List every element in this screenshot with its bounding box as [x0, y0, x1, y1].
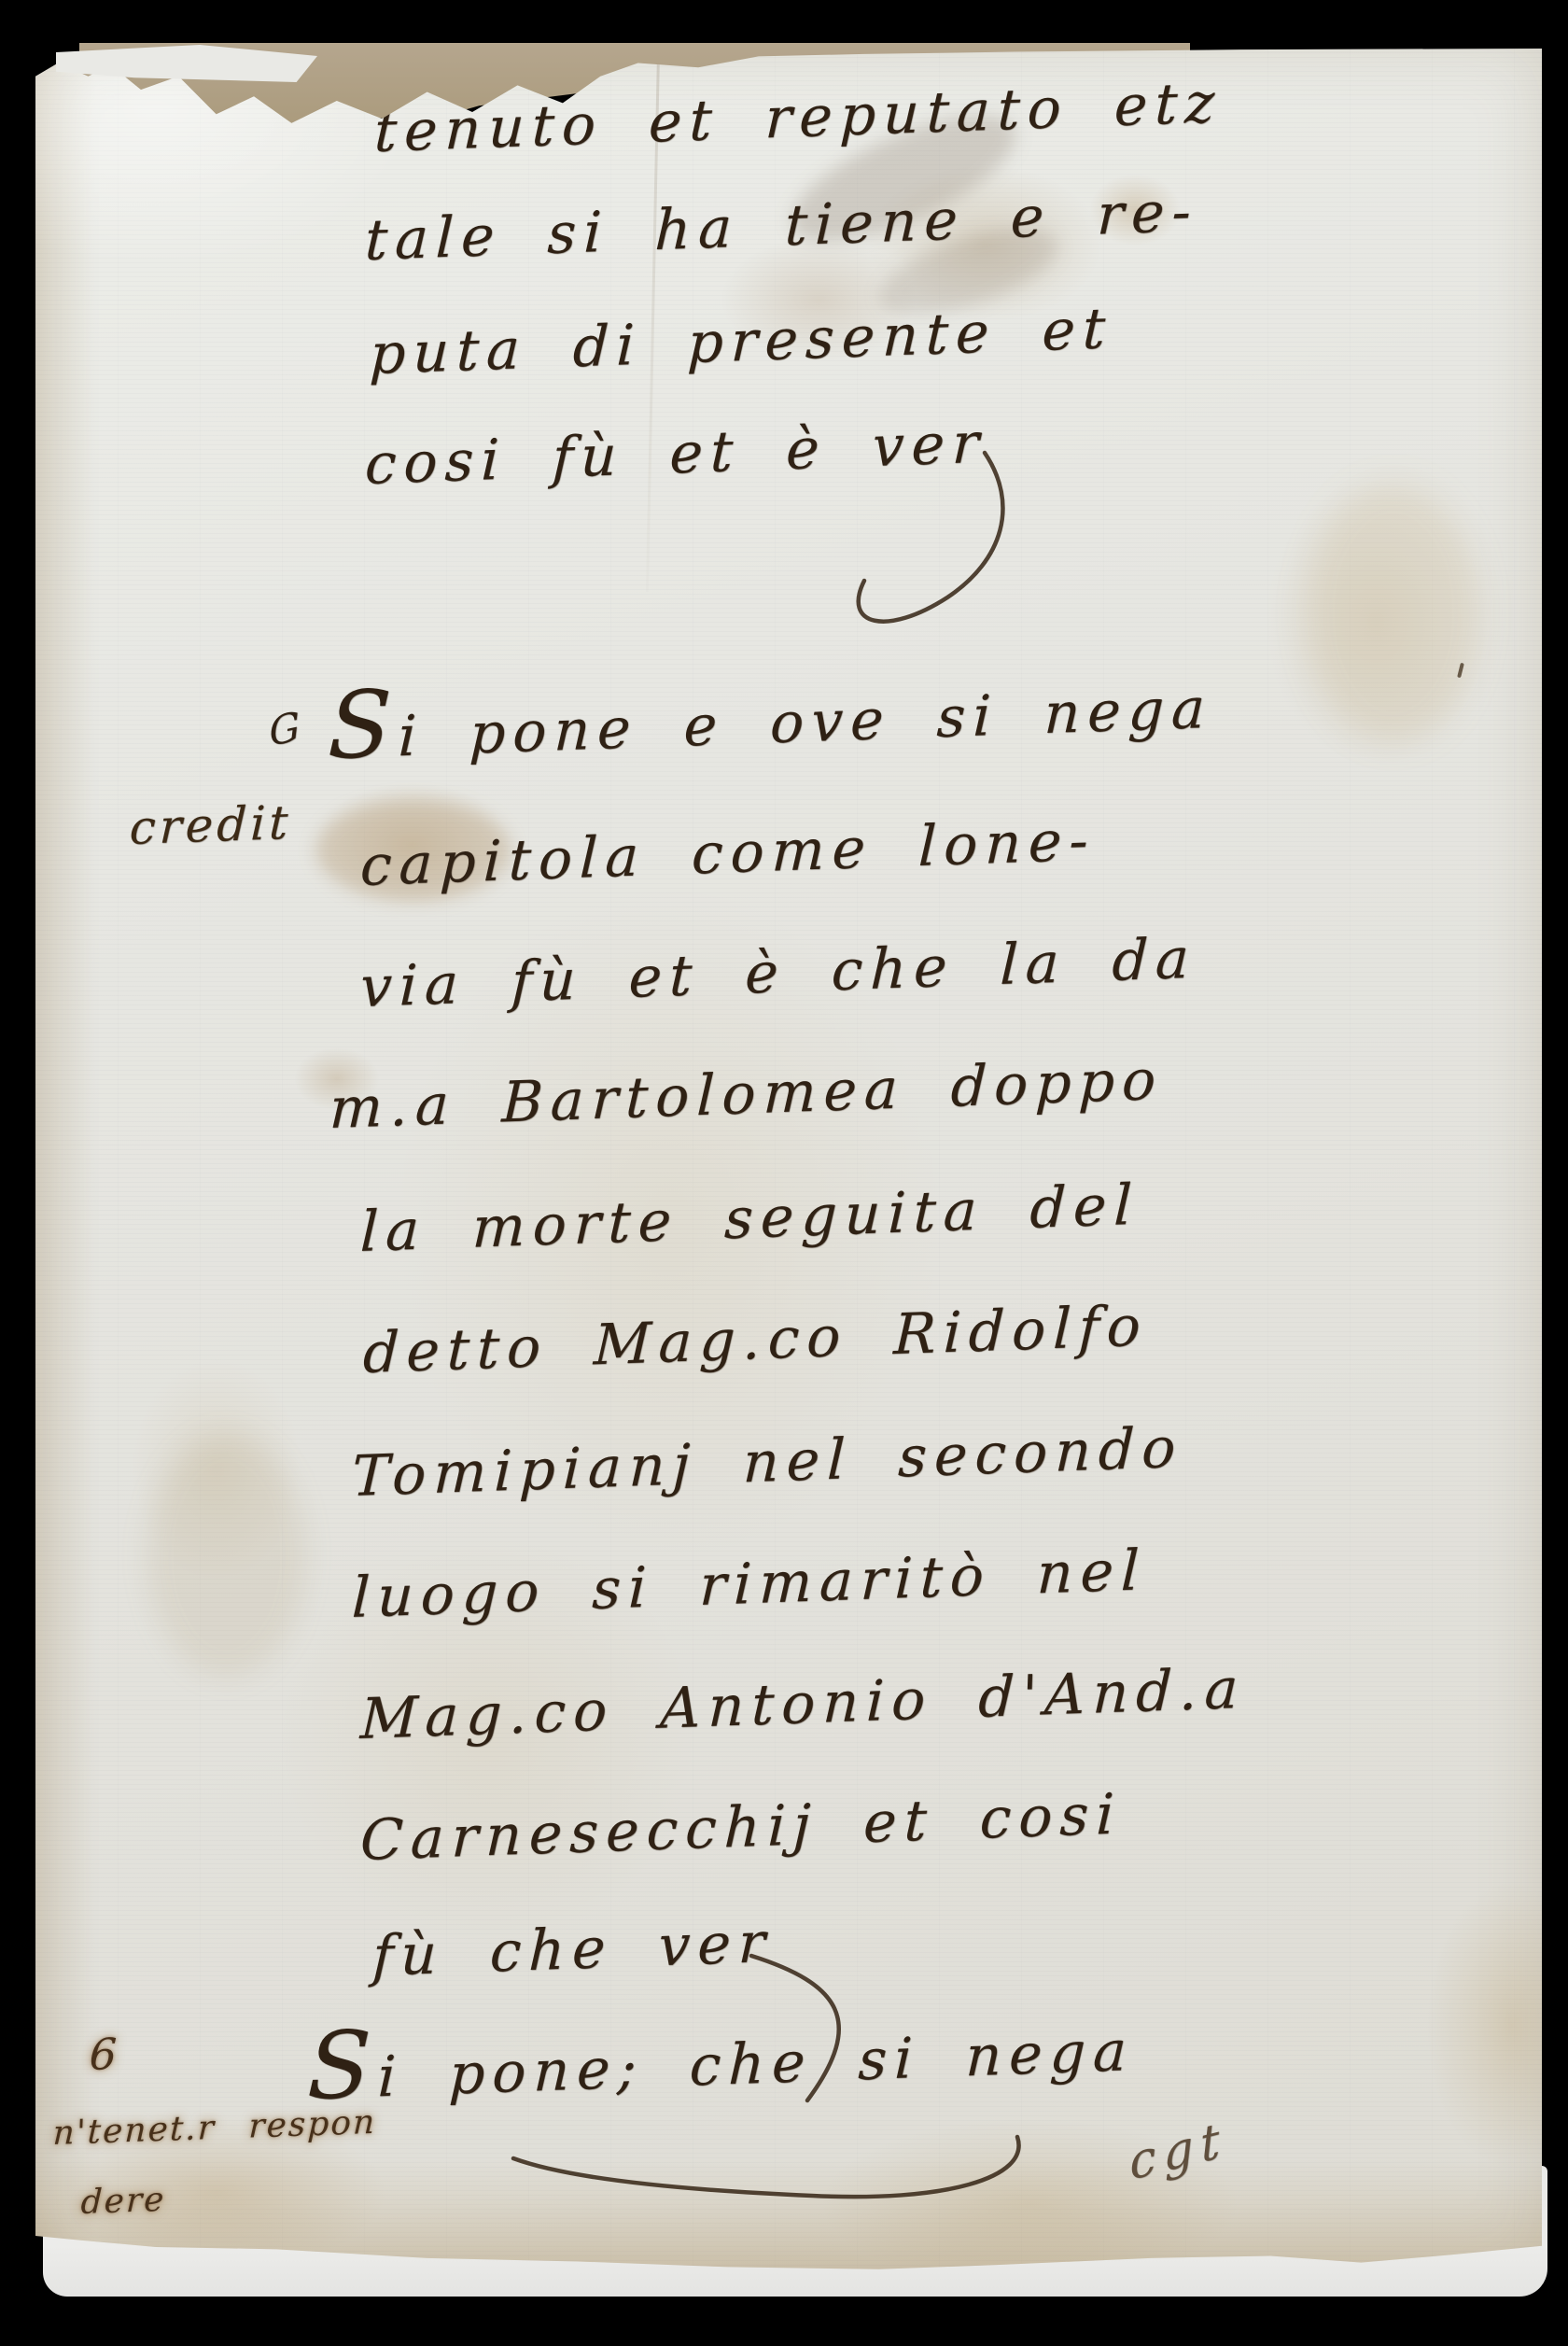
- text-line: Mag.co Antonio d'And.a: [359, 1661, 1246, 1748]
- stain: [1305, 482, 1482, 743]
- text-line: la morte seguita del: [359, 1177, 1141, 1260]
- margin-note-respondere: n'tenet.r respon: [52, 2106, 377, 2151]
- margin-note-respondere: dere: [80, 2184, 166, 2220]
- text-line: luogo si rimaritò nel: [351, 1542, 1147, 1626]
- text-line: detto Mag.co Ridolfo: [362, 1299, 1149, 1382]
- margin-note-credit: credit: [129, 799, 292, 851]
- margin-symbol: 6: [89, 2032, 125, 2076]
- corner-mark: cgt: [1127, 2114, 1228, 2188]
- text-line: fù che ver: [371, 1915, 774, 1985]
- margin-symbol: G: [268, 707, 301, 752]
- manuscript-page: tenuto et reputato etz tale si ha tiene …: [35, 43, 1542, 2270]
- text-line: Si pone e ove si nega: [327, 681, 1213, 767]
- text-line: m.a Bartolomea doppo: [329, 1052, 1164, 1137]
- manuscript-scan: tenuto et reputato etz tale si ha tiene …: [0, 0, 1568, 2346]
- text-line: puta di presente et: [369, 301, 1113, 383]
- text-line: cosi fù et è ver: [364, 415, 987, 493]
- text-line: Carnesecchij et cosi: [359, 1786, 1123, 1869]
- text-line: via fù et è che la da: [359, 931, 1197, 1016]
- text-line: tale si ha tiene e re-: [364, 184, 1199, 269]
- pen-flourish: [495, 2114, 1036, 2216]
- stain: [147, 1434, 306, 1677]
- text-line: Tomipianj nel secondo: [351, 1420, 1183, 1505]
- text-line: Si pone; che si nega: [306, 2023, 1135, 2108]
